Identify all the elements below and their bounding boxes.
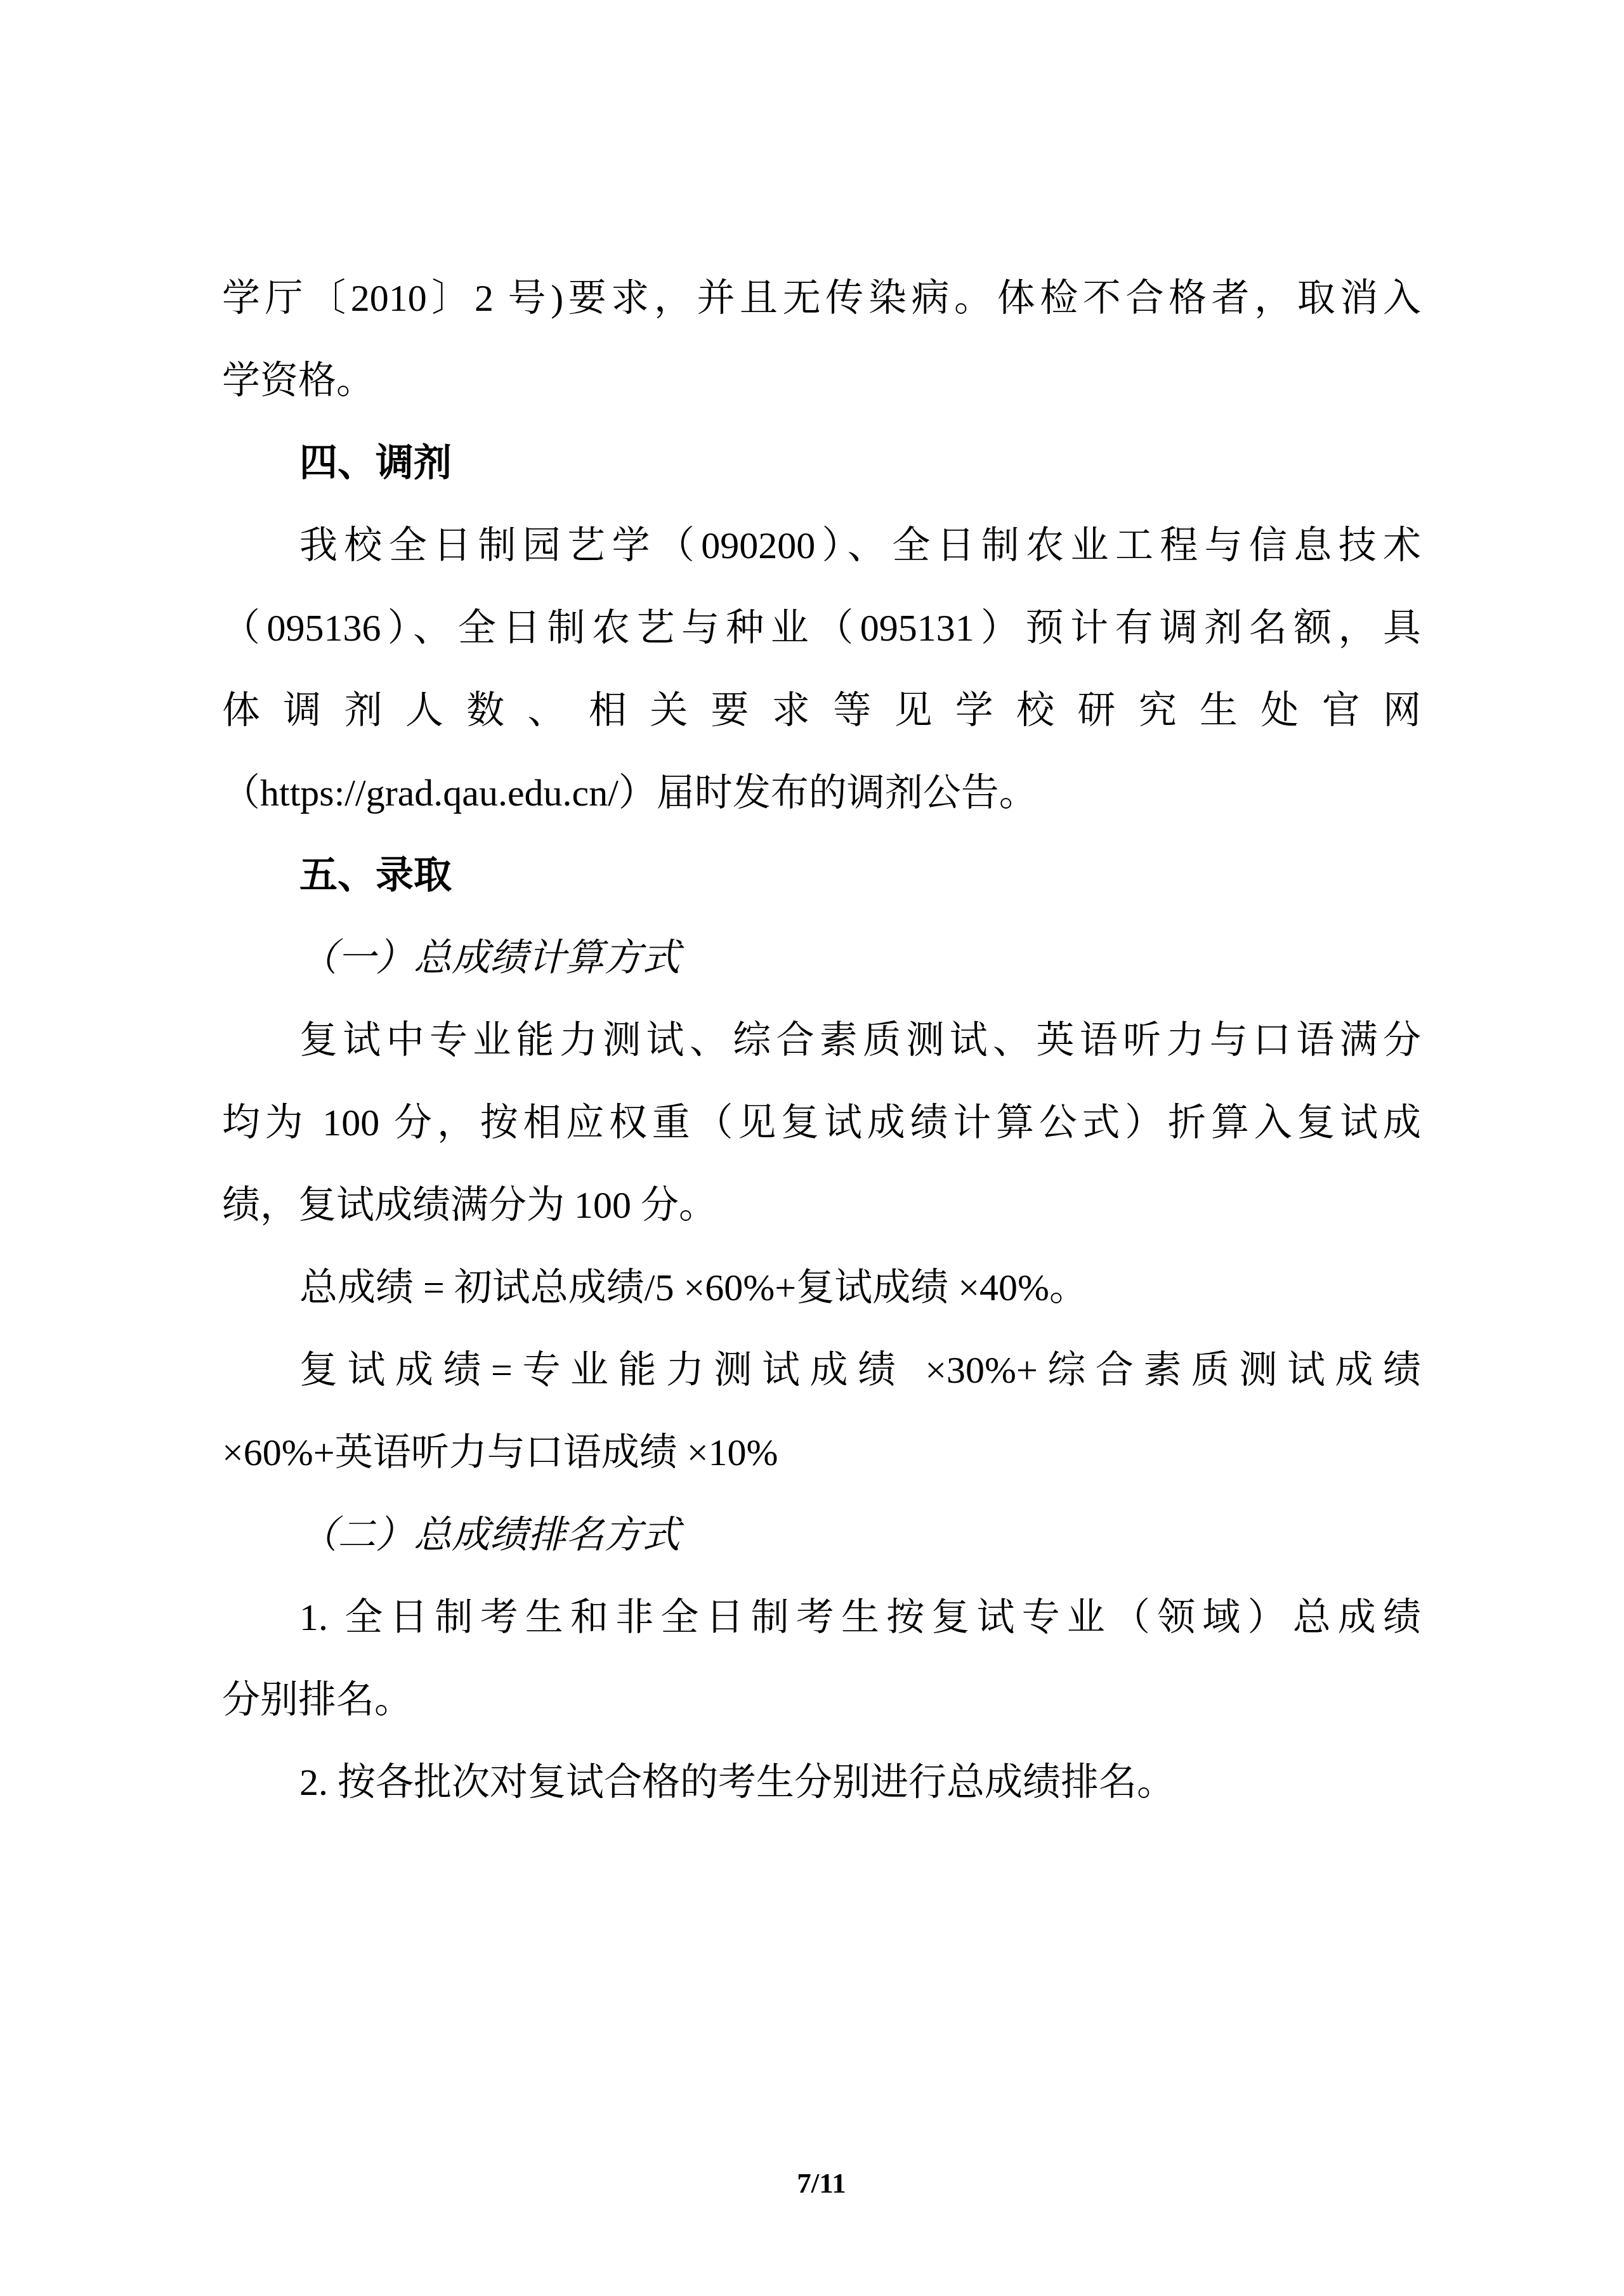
- subheading-score-calc: （一）总成绩计算方式: [222, 916, 1421, 999]
- body-line-url: （https://grad.qau.edu.cn/）届时发布的调剂公告。: [222, 752, 1421, 834]
- formula-retest-score-cont: ×60%+英语听力与口语成绩 ×10%: [222, 1411, 1421, 1494]
- formula-retest-score: 复试成绩=专业能力测试成绩 ×30%+综合素质测试成绩: [222, 1329, 1421, 1411]
- body-line: 学资格。: [222, 339, 1421, 422]
- subheading-score-ranking: （二）总成绩排名方式: [222, 1494, 1421, 1576]
- body-line: 我校全日制园艺学（090200）、全日制农业工程与信息技术: [222, 504, 1421, 587]
- body-line: 复试中专业能力测试、综合素质测试、英语听力与口语满分: [222, 999, 1421, 1081]
- heading-section-4-tiaoji: 四、调剂: [222, 422, 1421, 504]
- document-page: 学厅〔2010〕2 号)要求，并且无传染病。体检不合格者，取消入 学资格。 四、…: [0, 0, 1624, 2296]
- footer-page-number: 7/11: [222, 2164, 1421, 2202]
- body-line: 均为 100 分，按相应权重（见复试成绩计算公式）折算入复试成: [222, 1081, 1421, 1164]
- body-line: 学厅〔2010〕2 号)要求，并且无传染病。体检不合格者，取消入: [222, 257, 1421, 339]
- body-line: 2. 按各批次对复试合格的考生分别进行总成绩排名。: [222, 1741, 1421, 1823]
- body-line: 体调剂人数、相关要求等见学校研究生处官网: [222, 669, 1421, 752]
- body-line: （095136）、全日制农艺与种业（095131）预计有调剂名额，具: [222, 587, 1421, 669]
- body-line: 绩，复试成绩满分为 100 分。: [222, 1164, 1421, 1246]
- heading-section-5-luqu: 五、录取: [222, 834, 1421, 916]
- formula-total-score: 总成绩 = 初试总成绩/5 ×60%+复试成绩 ×40%。: [222, 1246, 1421, 1329]
- body-line: 1. 全日制考生和非全日制考生按复试专业（领域）总成绩: [222, 1576, 1421, 1659]
- body-line: 分别排名。: [222, 1659, 1421, 1741]
- document-text-block: 学厅〔2010〕2 号)要求，并且无传染病。体检不合格者，取消入 学资格。 四、…: [222, 257, 1421, 1823]
